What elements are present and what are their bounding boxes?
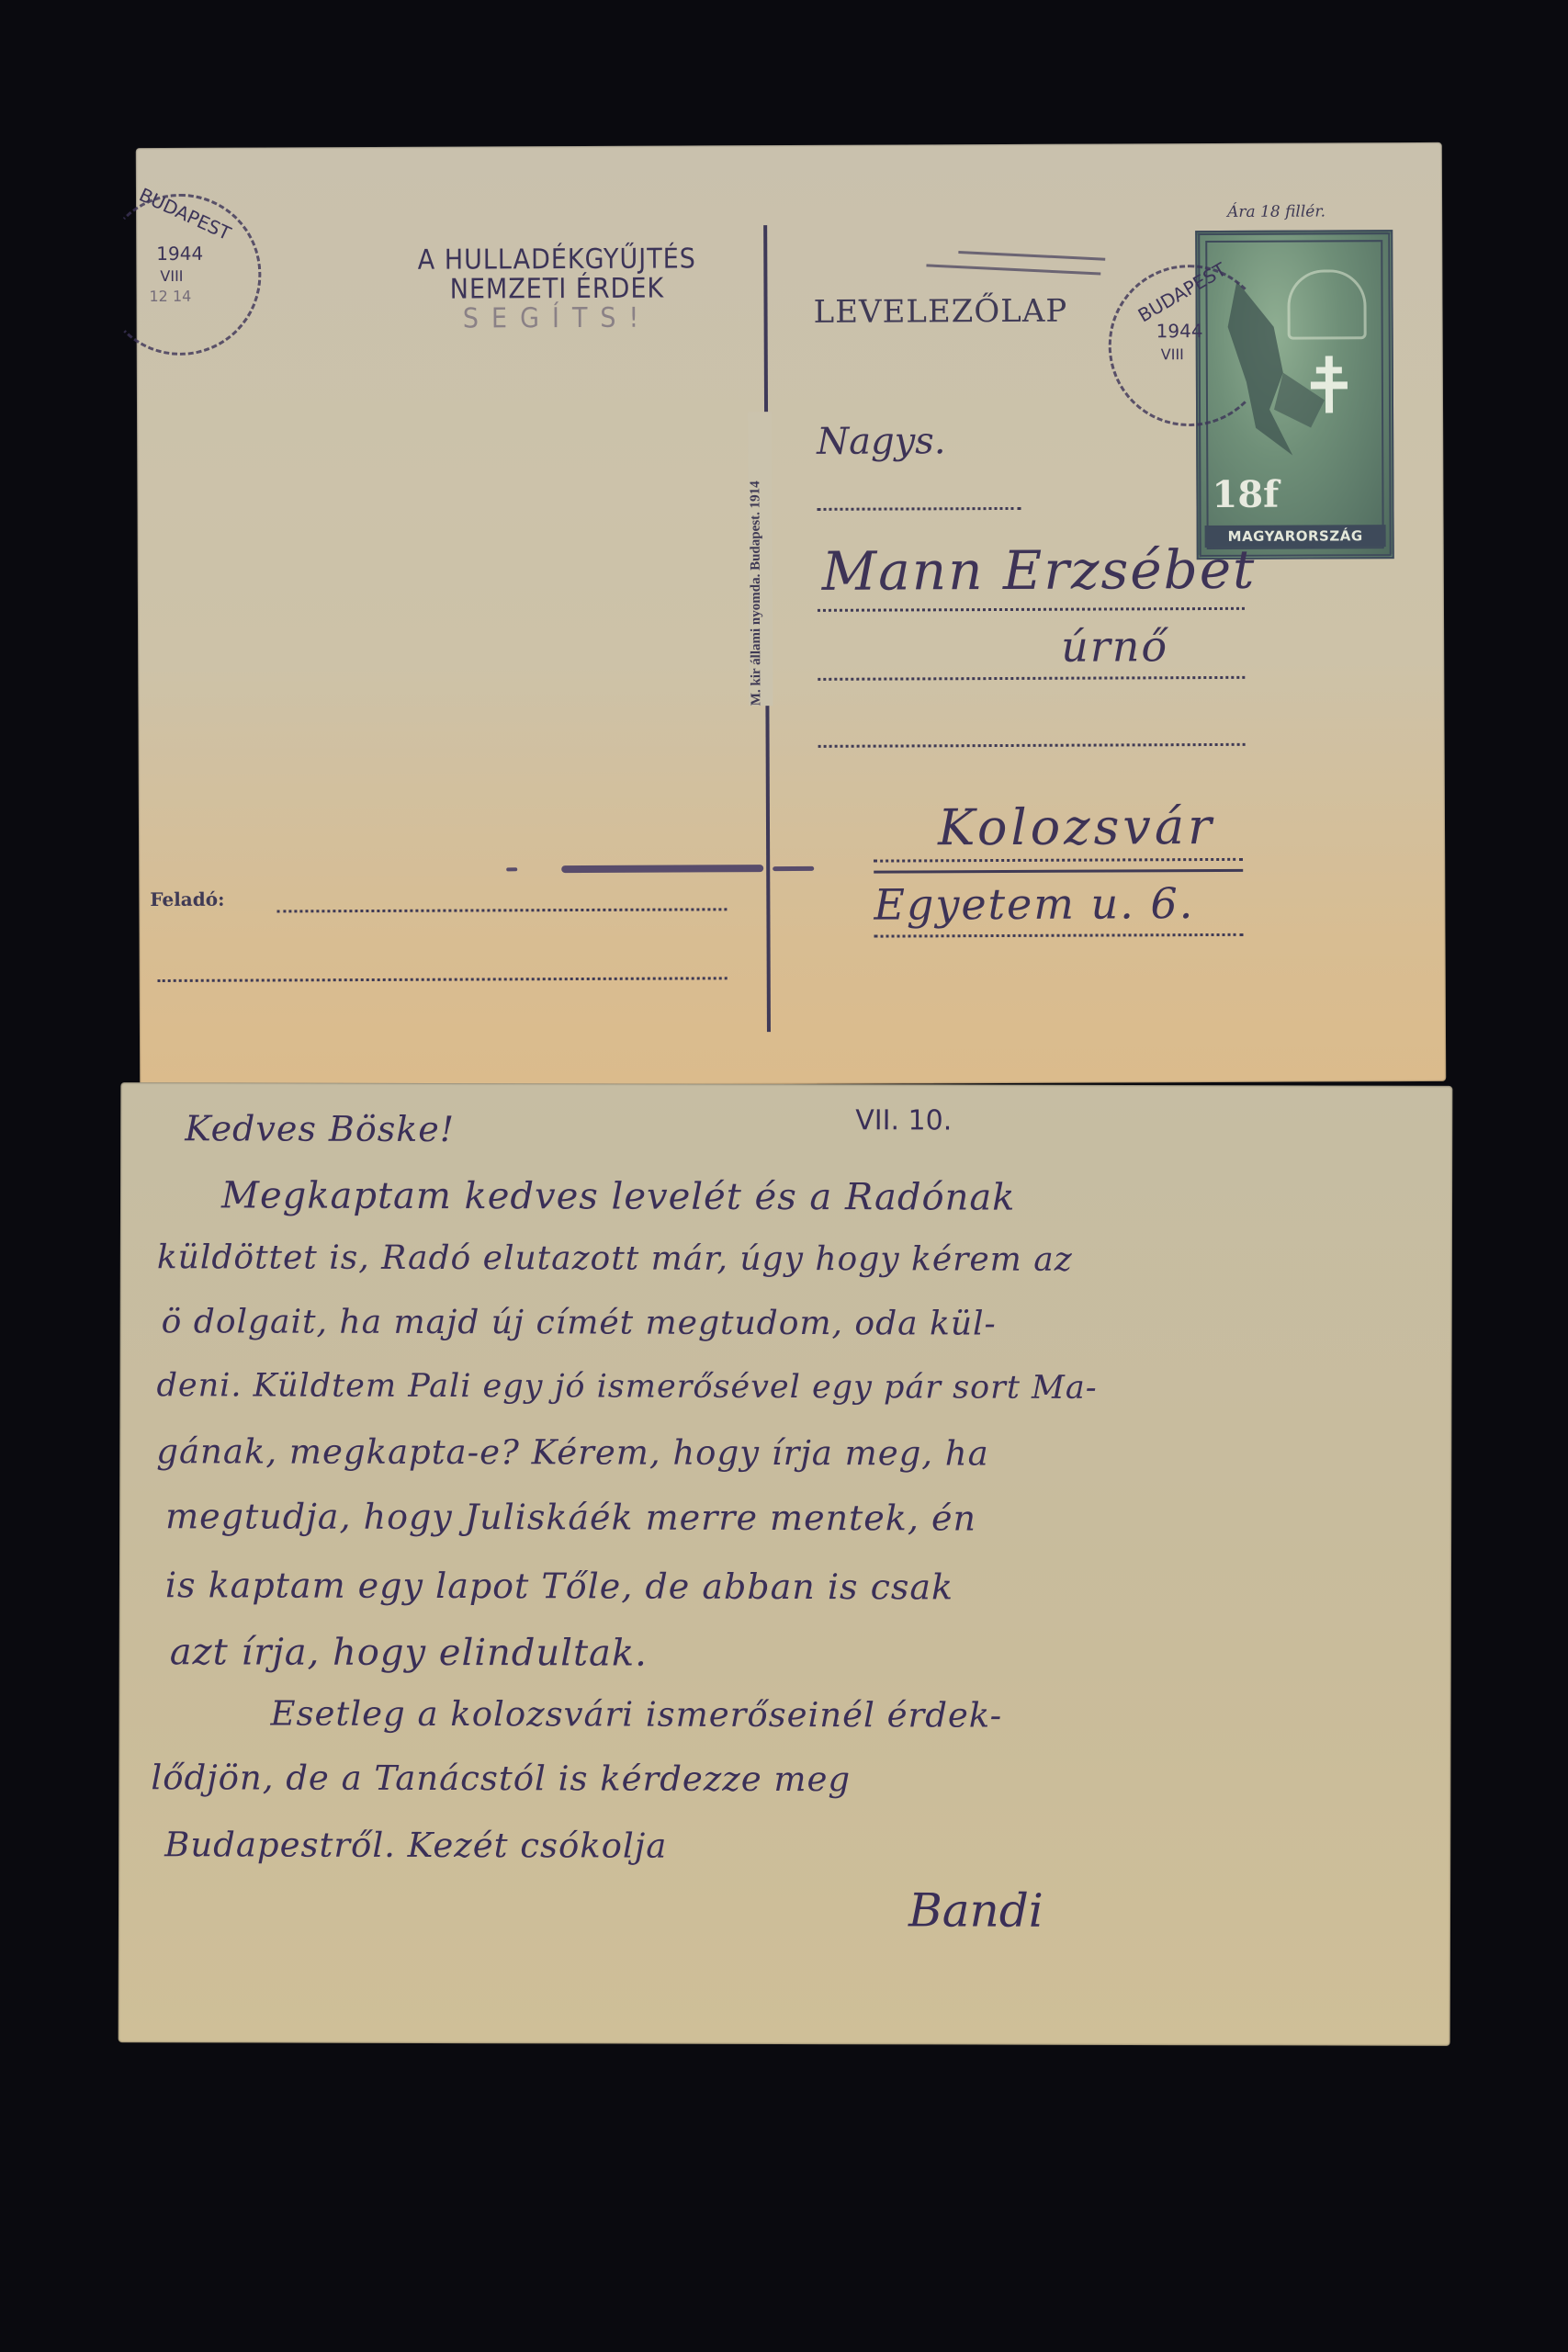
signature: Bandi bbox=[908, 1883, 1043, 1937]
letter-line: megtudja, hogy Juliskáék merre mentek, é… bbox=[165, 1496, 976, 1538]
address-line-5 bbox=[874, 858, 1243, 863]
slogan-line-3: SEGÍTS! bbox=[365, 303, 750, 334]
letter-line: küldöttet is, Radó elutazott már, úgy ho… bbox=[157, 1238, 1073, 1279]
letter-line: deni. Küldtem Pali egy jó ismerősével eg… bbox=[156, 1367, 1097, 1407]
postmark-left-time: 12 14 bbox=[149, 286, 191, 308]
address-salutation: Nagys. bbox=[817, 420, 945, 463]
double-cross-icon bbox=[1309, 352, 1349, 416]
address-line-6 bbox=[874, 933, 1244, 938]
address-city: Kolozsvár bbox=[938, 797, 1215, 856]
postmark-right-year: 1944 bbox=[1156, 320, 1203, 342]
letter-line: is kaptam egy lapot Tőle, de abban is cs… bbox=[165, 1565, 953, 1607]
printer-imprint: M. kir állami nyomda. Budapest. 1914 bbox=[748, 412, 764, 706]
slogan-line-1: A HULLADÉKGYŰJTÉS bbox=[364, 244, 750, 276]
letter-line: azt írja, hogy elindultak. bbox=[170, 1631, 648, 1674]
address-line-4 bbox=[818, 743, 1246, 748]
letter-line: gának, megkapta-e? Kérem, hogy írja meg,… bbox=[156, 1431, 989, 1473]
letter-line: Megkaptam kedves levelét és a Radónak bbox=[221, 1174, 1016, 1218]
address-line-3 bbox=[818, 676, 1245, 681]
slogan-cancel: A HULLADÉKGYŰJTÉS NEMZETI ÉRDEK SEGÍTS! bbox=[364, 244, 750, 334]
slogan-line-2: NEMZETI ÉRDEK bbox=[364, 274, 750, 305]
letter-line: Budapestről. Kezét csókolja bbox=[164, 1825, 667, 1865]
address-underline bbox=[874, 869, 1243, 874]
price-label: Ára 18 fillér. bbox=[1227, 202, 1325, 220]
postcard-back: Kedves Böske! VII. 10. Megkaptam kedves … bbox=[118, 1082, 1453, 2046]
letter-line: Esetleg a kolozsvári ismerőseinél érdek- bbox=[271, 1694, 1003, 1736]
ink-smudge bbox=[561, 865, 763, 873]
address-line-2 bbox=[818, 607, 1245, 612]
printer-imprint-area: M. kir állami nyomda. Budapest. 1914 bbox=[748, 412, 773, 706]
ink-smudge-3 bbox=[506, 867, 517, 871]
address-name: Mann Erzsébet bbox=[822, 538, 1257, 603]
letter-date: VII. 10. bbox=[855, 1104, 952, 1136]
ink-smudge-2 bbox=[773, 866, 814, 871]
letter-line: lődjön, de a Tanácstól is kérdezze meg bbox=[151, 1758, 851, 1799]
letter-line: ö dolgait, ha majd új címét megtudom, od… bbox=[162, 1303, 997, 1342]
sender-label: Feladó: bbox=[150, 888, 224, 910]
card-title: LEVELEZŐLAP bbox=[813, 293, 1067, 331]
address-line-1 bbox=[817, 507, 1021, 511]
sender-line-2 bbox=[158, 977, 728, 982]
sender-line-1 bbox=[276, 908, 727, 912]
postmark-left-month: VIII bbox=[160, 266, 183, 288]
letter-greeting: Kedves Böske! bbox=[185, 1108, 455, 1149]
postmark-right-month: VIII bbox=[1161, 344, 1184, 366]
stamp-value: 18f bbox=[1212, 473, 1279, 516]
postmark-left-year: 1944 bbox=[156, 243, 203, 265]
cancel-lines bbox=[875, 244, 1179, 282]
address-street: Egyetem u. 6. bbox=[874, 878, 1194, 930]
address-title: úrnő bbox=[1061, 621, 1168, 672]
postcard-front: BUDAPEST 1944 VIII 12 14 A HULLADÉKGYŰJT… bbox=[136, 142, 1446, 1087]
